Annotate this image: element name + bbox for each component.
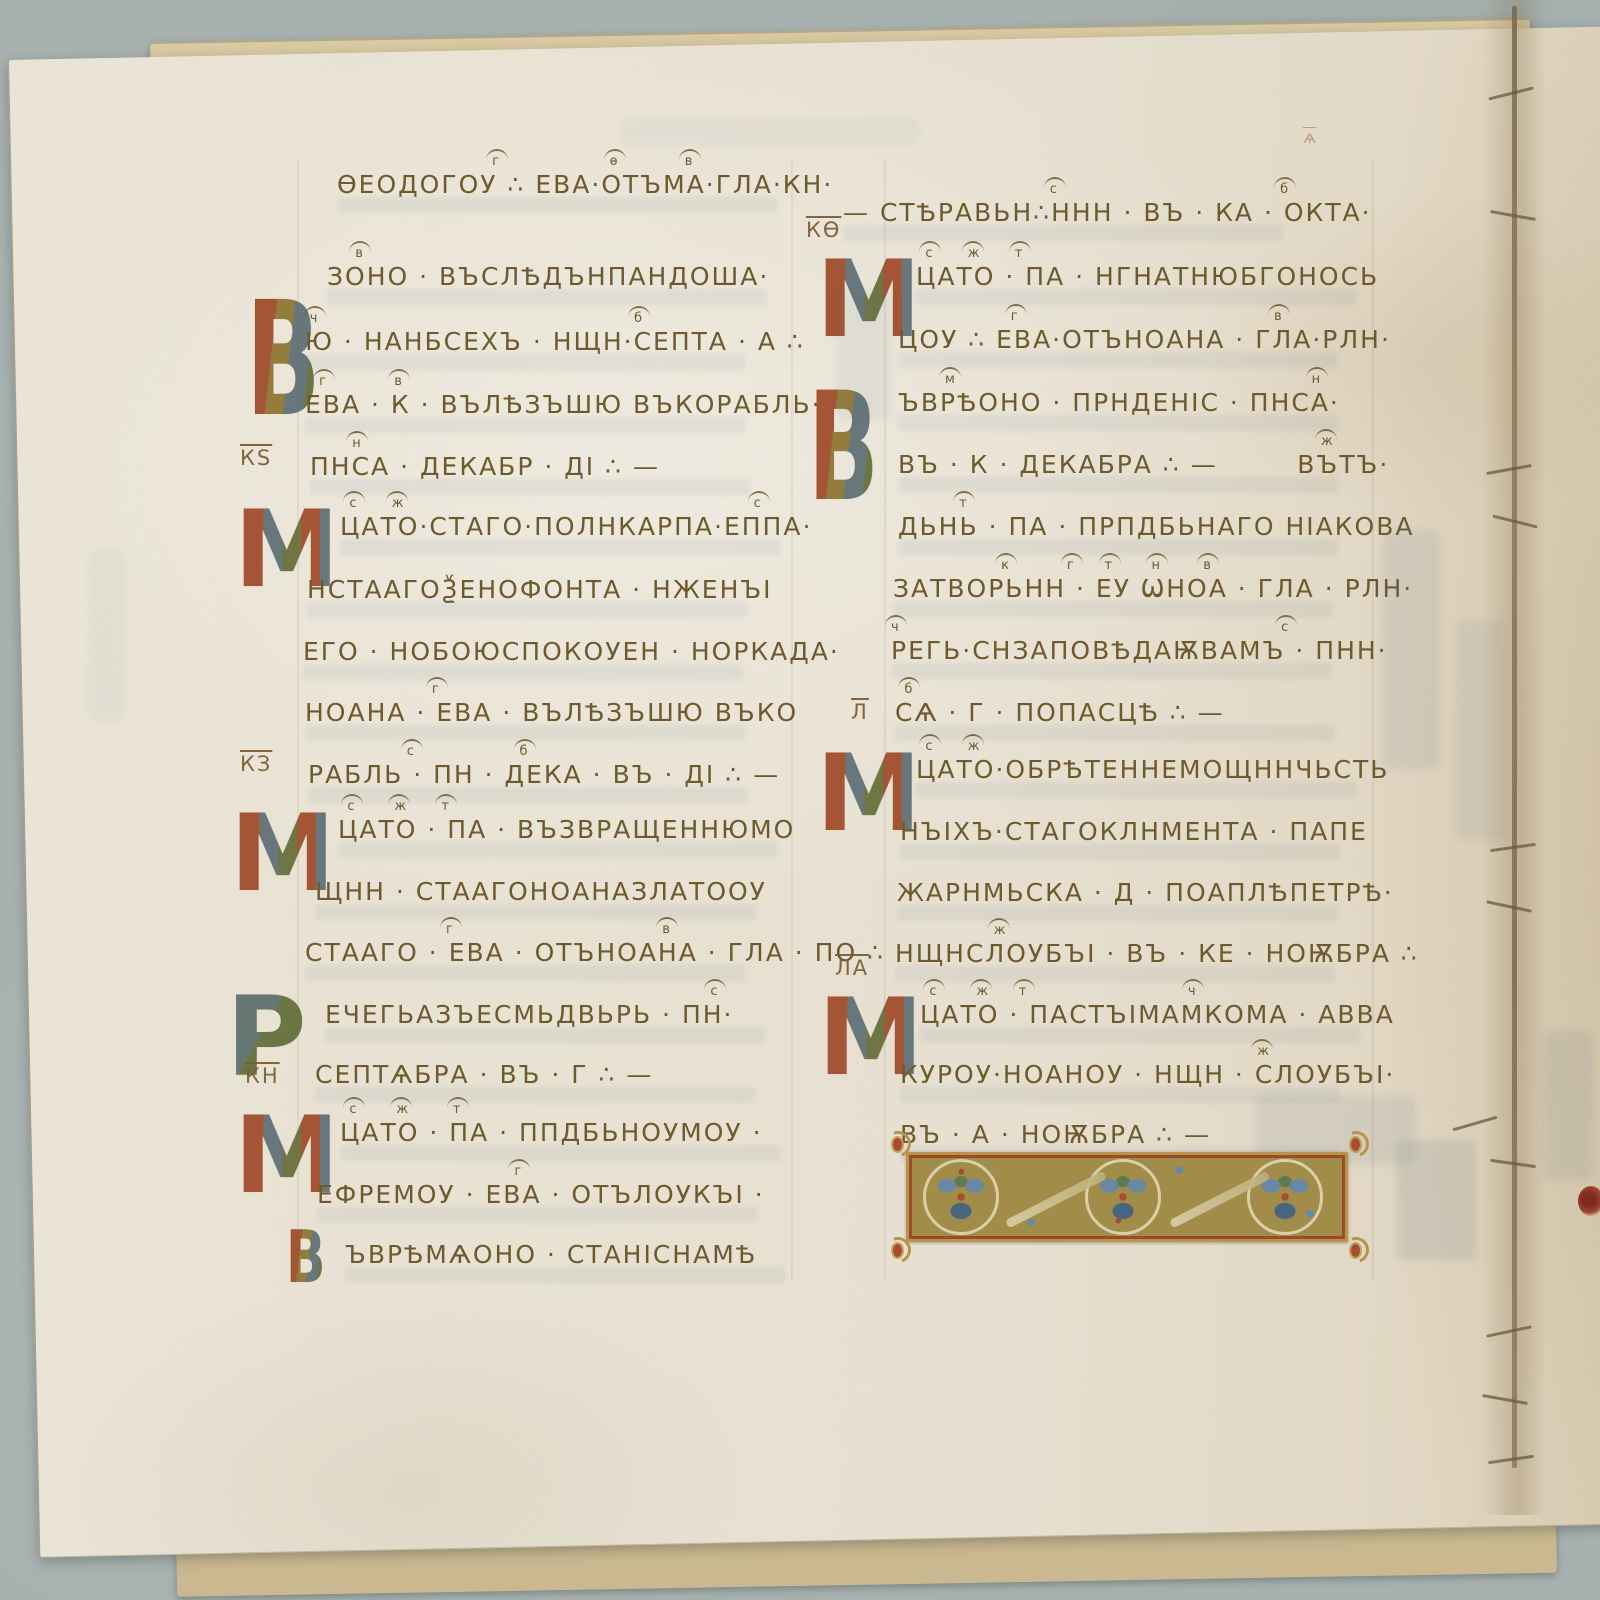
line-text: ЦОУ ∴ ЕВА·ОТЪНОАНА · ГЛА·РЛН·	[898, 325, 1391, 354]
superscript-letter: ч	[891, 620, 899, 635]
superscript-letter: с	[929, 984, 936, 999]
superscript-letter: г	[1067, 558, 1074, 573]
bleedthrough-line	[310, 479, 750, 495]
superscript-letter: г	[1011, 309, 1018, 324]
line-text: ЦАТО · ПА · ВЪЗВРАЩЕННЮМО	[338, 815, 795, 844]
superscript-letter: б	[520, 744, 528, 759]
line-text: НСТААГОѮЕНОФОНТА · НЖЕНЪІ	[307, 575, 773, 604]
superscript-letter: ж	[1321, 434, 1333, 449]
line-text: ЦАТО · ПА · ППДБЬНОУМОУ ·	[340, 1118, 763, 1147]
superscript-letter: ж	[1257, 1044, 1269, 1059]
line-text: ЕВА · К · ВЪЛѢЗЪШЮ ВЪКОРАБЛЬ·	[305, 390, 822, 419]
superscript-letter: б	[904, 682, 912, 697]
superscript-letter: с	[407, 744, 414, 759]
bleedthrough-line	[898, 539, 1338, 555]
margin-number: Л	[851, 700, 869, 724]
superscript-letter: ж	[994, 923, 1006, 938]
superscript-letter: ж	[976, 984, 988, 999]
superscript-letter: с	[925, 246, 932, 261]
line-text: НЩНСЛОУБЪІ · ВЪ · КЕ · НОѬБРА ∴	[895, 939, 1419, 968]
line-text: ЪВРѢМѦОНО · СТАНІСНАМѢ	[345, 1240, 757, 1269]
superscript-letter: б	[634, 311, 642, 326]
bleedthrough-mark	[1455, 620, 1505, 840]
text-block: ѲЕОДОГОУ ∴ ЕВА·ОТЪМА·ГЛА·КН·гѳвЗОНО · ВЪ…	[0, 0, 1600, 1600]
line-text: ЪВРѢОНО · ПРНДЕНІС · ПНСА·	[898, 388, 1340, 417]
photograph-background: { "manuscript": { "description": "Parchm…	[0, 0, 1600, 1600]
bleedthrough-mark	[88, 550, 126, 720]
superscript-letter: ж	[392, 496, 404, 511]
bleedthrough-mark	[836, 290, 891, 420]
superscript-letter: с	[925, 739, 932, 754]
line-text: РЕГЬ·СНЗАПОВѢДАѬВАМЪ · ПНН·	[891, 636, 1388, 665]
superscript-letter: с	[754, 496, 761, 511]
superscript-letter: ж	[394, 799, 406, 814]
line-text: НЪІХЪ·СТАГОКЛНМЕНТА · ПАПЕ	[900, 817, 1368, 846]
line-text: ЦАТО·СТАГО·ПОЛНКАРПА·ЕППА·	[340, 512, 812, 541]
bleedthrough-line	[895, 725, 1335, 741]
superscript-letter: с	[349, 1102, 356, 1117]
line-text: ЦАТО · ПА · НГНАТНЮБГОНОСЬ	[916, 262, 1379, 291]
line-text: ЕГО · НОБОЮСПОКОУЕН · НОРКАДА·	[303, 637, 840, 666]
superscript-letter: б	[1280, 182, 1288, 197]
line-text: Ю · НАНБСЕХЪ · НЩН·СЕПТА · А ∴	[305, 327, 805, 356]
superscript-letter: в	[662, 922, 670, 937]
ruling-line	[1372, 160, 1374, 1280]
line-text: НОАНА · ЕВА · ВЪЛѢЗЪШЮ ВЪКО	[305, 698, 798, 727]
ruling-line	[297, 160, 299, 1280]
line-text: — СТѢРАВЬН∴ННН · ВЪ · КА · ОКТА·	[843, 198, 1372, 227]
bleedthrough-line	[337, 197, 777, 213]
bleedthrough-line	[898, 352, 1338, 368]
bleedthrough-line	[340, 539, 780, 555]
bleedthrough-line	[916, 782, 1356, 798]
bleedthrough-mark	[620, 118, 920, 146]
superscript-letter: г	[492, 154, 499, 169]
line-text: ЦАТО · ПАСТЪІМАМКОМА · АВВА	[920, 1000, 1395, 1029]
margin-number: КЅ	[240, 446, 272, 470]
superscript-letter: т	[1015, 246, 1023, 261]
superscript-letter: в	[1274, 309, 1282, 324]
red-wax-spot	[1578, 1186, 1600, 1216]
superscript-letter: в	[1203, 558, 1211, 573]
ruling-line	[791, 160, 793, 1280]
bleedthrough-line	[893, 601, 1333, 617]
ruling-line	[884, 160, 886, 1280]
bleedthrough-line	[895, 966, 1335, 982]
line-text: ЩНН · СТААГОНОАНАЗЛАТООУ	[315, 877, 767, 906]
superscript-letter: г	[514, 1164, 521, 1179]
margin-number: КН	[245, 1064, 280, 1088]
line-text: ПНСА · ДЕКАБР · ДІ ∴ —	[310, 452, 660, 481]
band-corner-flourish	[883, 1129, 913, 1159]
superscript-letter: н	[1152, 558, 1161, 573]
superscript-letter: т	[1019, 984, 1027, 999]
bleedthrough-mark	[1382, 530, 1440, 770]
band-corner-flourish	[1341, 1235, 1371, 1265]
line-text: ѲЕОДОГОУ ∴ ЕВА·ОТЪМА·ГЛА·КН·	[337, 170, 833, 199]
bleedthrough-line	[891, 663, 1331, 679]
superscript-letter: ч	[1188, 984, 1196, 999]
superscript-letter: н	[352, 436, 361, 451]
bleedthrough-line	[900, 844, 1340, 860]
quire-mark: ѧ	[1303, 128, 1316, 148]
superscript-letter: ж	[396, 1102, 408, 1117]
superscript-letter: н	[1312, 372, 1321, 387]
band-medallion	[1247, 1159, 1323, 1235]
superscript-letter: ж	[968, 246, 980, 261]
bleedthrough-line	[338, 842, 778, 858]
line-text: ДЬНЬ · ПА · ПРПДБЬНАГО НІАКОВА	[898, 512, 1414, 541]
superscript-letter: в	[394, 374, 402, 389]
decorated-initial-В: В	[286, 1224, 326, 1292]
bleedthrough-line	[345, 1267, 785, 1283]
bleedthrough-line	[308, 787, 748, 803]
line-text: ЗОНО · ВЪСЛѢДЪНПАНДОША·	[327, 262, 769, 291]
line-text: КУРОУ·НОАНОУ · НЩН · СЛОУБЪІ·	[900, 1060, 1395, 1089]
superscript-letter: в	[685, 154, 693, 169]
bleedthrough-line	[898, 415, 1338, 431]
bleedthrough-line	[325, 1027, 765, 1043]
line-text: ЕЧЕГЬАЗЪЕСМЬДВЬРЬ · ПН·	[325, 1000, 734, 1029]
bleedthrough-line	[340, 1145, 780, 1161]
line-text: ВЪ · А · НОѬБРА ∴ —	[900, 1120, 1211, 1149]
bleedthrough-line	[305, 354, 745, 370]
superscript-letter: ж	[968, 739, 980, 754]
superscript-letter: с	[1281, 620, 1288, 635]
superscript-letter: с	[347, 799, 354, 814]
superscript-letter: к	[1001, 558, 1009, 573]
line-text: ЗАТВОРЬНН · ЕУ ѠНОА · ГЛА · РЛН·	[893, 574, 1413, 603]
bleedthrough-mark	[1543, 1030, 1593, 1180]
superscript-letter: в	[355, 246, 363, 261]
line-text: ВЪ · К · ДЕКАБРА ∴ — ВЪТЪ·	[898, 450, 1389, 479]
band-medallion	[1085, 1159, 1161, 1235]
superscript-letter: м	[945, 372, 955, 387]
bleedthrough-line	[305, 417, 745, 433]
superscript-letter: г	[432, 682, 439, 697]
bleedthrough-line	[307, 602, 747, 618]
line-text: ЦАТО·ОБРѢТЕННЕМОЩННЧЬСТЬ	[916, 755, 1389, 784]
superscript-letter: с	[710, 984, 717, 999]
bleedthrough-line	[327, 289, 767, 305]
ornamental-band	[906, 1152, 1348, 1242]
superscript-letter: с	[349, 496, 356, 511]
line-text: ЖАРНМЬСКА · Д · ПОАПЛѢПЕТРѢ·	[897, 878, 1394, 907]
superscript-letter: ѳ	[610, 154, 618, 169]
bleedthrough-line	[897, 905, 1337, 921]
line-text: ЕФРЕМОУ · ЕВА · ОТЪЛОУКЪІ ·	[317, 1180, 765, 1209]
bleedthrough-line	[916, 289, 1356, 305]
superscript-letter: т	[453, 1102, 461, 1117]
bleedthrough-line	[315, 904, 755, 920]
line-text: СЕПТѦБРА · ВЪ · Г ∴ —	[315, 1060, 653, 1089]
superscript-letter: ч	[310, 311, 318, 326]
bleedthrough-line	[305, 965, 745, 981]
band-medallion	[923, 1159, 999, 1235]
bleedthrough-line	[317, 1207, 757, 1223]
margin-number: КЗ	[240, 752, 272, 776]
superscript-letter: т	[959, 496, 967, 511]
superscript-letter: с	[1050, 182, 1057, 197]
line-text: СТААГО · ЕВА · ОТЪНОАНА · ГЛА · ПО ∴	[305, 938, 885, 967]
bleedthrough-line	[920, 1027, 1360, 1043]
line-text: СѦ · Г · ПОПАСЦѢ ∴ —	[895, 698, 1225, 727]
band-corner-flourish	[883, 1235, 913, 1265]
line-text: РАБЛЬ · ПН · ДЕКА · ВЪ · ДІ ∴ —	[308, 760, 780, 789]
superscript-letter: т	[441, 799, 449, 814]
bleedthrough-line	[315, 1087, 755, 1103]
superscript-letter: г	[319, 374, 326, 389]
band-corner-flourish	[1341, 1129, 1371, 1159]
bleedthrough-line	[303, 664, 743, 680]
superscript-letter: г	[446, 922, 453, 937]
superscript-letter: т	[1105, 558, 1113, 573]
